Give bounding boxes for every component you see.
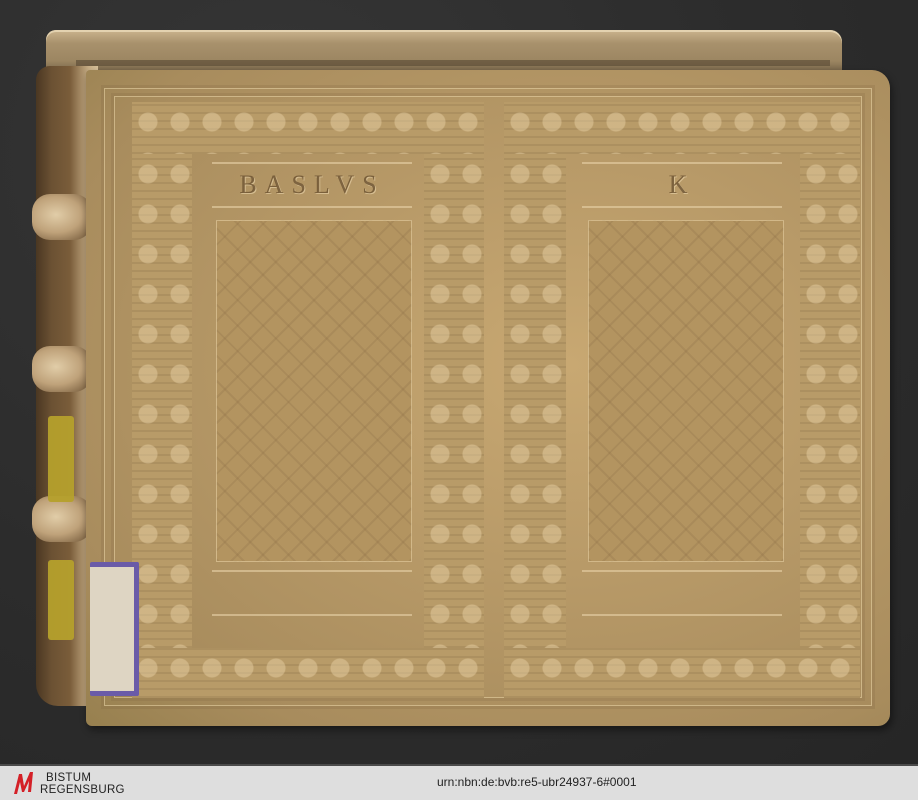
roll-border-bottom-left: [132, 648, 484, 698]
logo-line2: REGENSBURG: [40, 784, 125, 796]
spine-band: [32, 194, 92, 240]
roll-border-top-left: [132, 102, 484, 154]
title-stamp-right-text: K: [669, 170, 696, 200]
logo-line1: BISTUM: [40, 772, 125, 784]
book-top-edge: [46, 30, 842, 74]
spine-label: [48, 416, 74, 502]
roll-border-mid-right: [504, 154, 566, 648]
title-stamp-left-text: BASLVS: [239, 170, 384, 200]
spine-band: [32, 496, 92, 542]
bottom-stamp-left: [212, 570, 412, 616]
book-cover: BASLVS K: [86, 70, 890, 726]
roll-border-left: [132, 154, 192, 648]
image-viewport[interactable]: BASLVS K: [0, 0, 918, 764]
roll-border-top-right: [504, 102, 860, 154]
title-stamp-right: K: [582, 162, 782, 208]
m-logo-icon: [12, 770, 38, 798]
bistum-regensburg-logo[interactable]: BISTUM REGENSBURG: [12, 769, 125, 799]
roll-border-right: [800, 154, 860, 648]
title-stamp-left: BASLVS: [212, 162, 412, 208]
roll-border-bottom-right: [504, 648, 860, 698]
shelf-mark-label: [90, 562, 139, 696]
spine-label: [48, 560, 74, 640]
bottom-stamp-right: [582, 570, 782, 616]
center-panel-left: [216, 220, 412, 562]
urn-identifier: urn:nbn:de:bvb:re5-ubr24937-6#0001: [437, 775, 637, 789]
center-panel-right: [588, 220, 784, 562]
footer-bar: BISTUM REGENSBURG urn:nbn:de:bvb:re5-ubr…: [0, 764, 918, 800]
spine-band: [32, 346, 92, 392]
roll-border-mid-left: [424, 154, 484, 648]
book-image: BASLVS K: [0, 0, 918, 764]
